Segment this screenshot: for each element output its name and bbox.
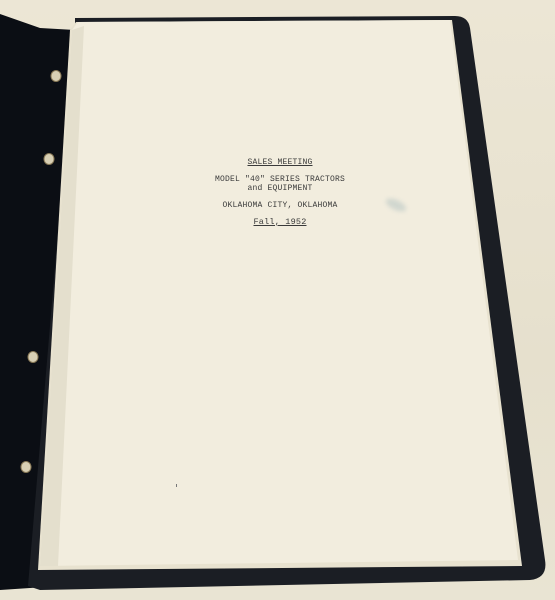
document-subtitle-line2: and EQUIPMENT <box>170 184 390 193</box>
document-cover-text: SALES MEETING MODEL "40" SERIES TRACTORS… <box>170 158 390 227</box>
top-page <box>40 20 518 566</box>
document-subtitle-line1: MODEL "40" SERIES TRACTORS <box>170 175 390 184</box>
paper-mark <box>176 484 177 487</box>
document-location: OKLAHOMA CITY, OKLAHOMA <box>170 201 390 210</box>
photo-scene: SALES MEETING MODEL "40" SERIES TRACTORS… <box>0 0 555 600</box>
binder-hole-4 <box>21 462 31 473</box>
binder-hole-3 <box>28 352 38 363</box>
binder-hole-1 <box>51 71 61 82</box>
document-title: SALES MEETING <box>247 158 312 167</box>
document-date: Fall, 1952 <box>253 217 306 227</box>
binder-illustration <box>0 0 555 600</box>
binder-hole-2 <box>44 154 54 165</box>
